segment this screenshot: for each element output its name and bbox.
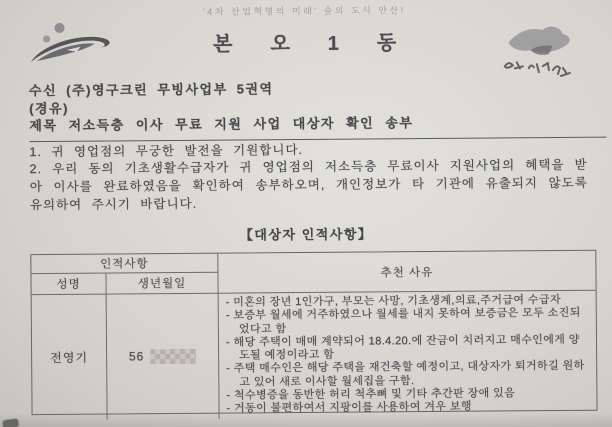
reason-item: 해당 주택이 매매 계약되어 18.4.20.에 잔금이 치러지고 매수인에게 …	[226, 334, 588, 363]
table-header-reason: 추천 사유	[218, 251, 595, 294]
subject-line: 제목 저소득층 이사 무료 지원 사업 대상자 확인 송부	[29, 111, 606, 143]
table-header-name: 성명	[31, 274, 106, 296]
corner-smudge	[2, 418, 19, 427]
document-photo: '4차 산업혁명의 미래' 숲의 도시 안산! 본오1동 수신 (주)영구크린 …	[0, 0, 612, 427]
cell-name-value: 전영기	[32, 295, 108, 420]
redaction-pixelation	[150, 349, 196, 364]
table-header-birthdate: 생년월일	[106, 273, 218, 295]
birthdate-prefix: 56	[129, 350, 144, 364]
cell-reason-list: 미혼의 장년 1인가구, 부모는 사망, 기초생계,의료,주거급여 수급자 보증…	[219, 291, 597, 419]
section-title: 【대상자 인적사항】	[0, 222, 612, 246]
body-paragraph-2: 2. 우리 동의 기초생활수급자가 귀 영업점의 저소득층 무료이사 지원사업의…	[30, 156, 588, 214]
table-header-personal-info: 인적사항	[31, 254, 218, 274]
cell-birthdate-value: 56	[107, 294, 220, 420]
recipient-line: 수신 (주)영구크린 무빙사업부 5권역	[29, 78, 274, 99]
reason-item: 보증부 월세에 거주하였으나 월세를 내지 못하여 보증금은 모두 소진되었다고…	[226, 307, 588, 336]
signature-stamp-icon	[490, 16, 583, 89]
document-page: '4차 산업혁명의 미래' 숲의 도시 안산! 본오1동 수신 (주)영구크린 …	[0, 0, 612, 427]
recipient-info-table: 인적사항 추천 사유 성명 생년월일 전영기 56 미혼의 장년 1인가구, 부…	[30, 250, 597, 415]
reason-item: 주택 매수인은 해당 주택을 재건축할 예정이고, 대상자가 퇴거하길 원하고 …	[226, 360, 588, 389]
reason-item: 거동이 불편하여서 지팡이를 사용하여 겨우 보행	[226, 400, 588, 416]
body-paragraph-1: 1. 귀 영업점의 무궁한 발전을 기원합니다.	[29, 140, 303, 160]
